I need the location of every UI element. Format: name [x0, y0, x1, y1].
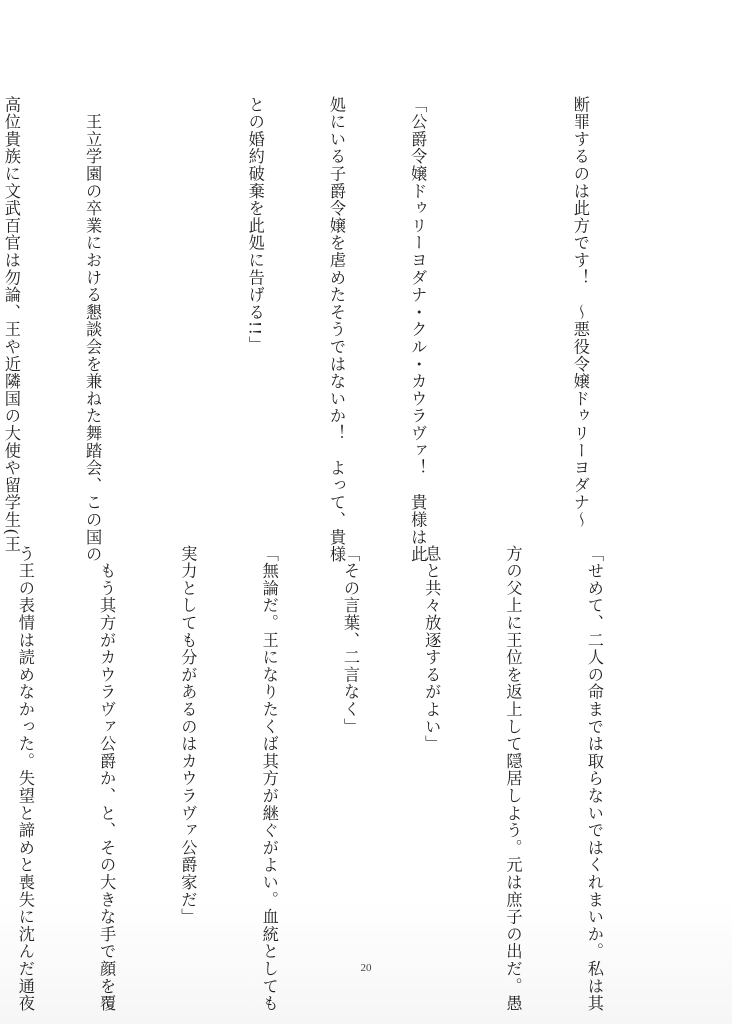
blank-line — [485, 96, 512, 516]
top-text-block: 断罪するのは此方です！ ～悪役令嬢ドゥリーヨダナ～ 「公爵令嬢ドゥリーヨダナ・ク… — [128, 96, 648, 516]
text-column: 実力としても分があるのはカウラヴァ公爵家だ」 — [174, 545, 201, 965]
book-page: 断罪するのは此方です！ ～悪役令嬢ドゥリーヨダナ～ 「公爵令嬢ドゥリーヨダナ・ク… — [0, 0, 732, 1024]
text-column: 高位貴族に文武百官は勿論、王や近隣国の大使や留学生(王 — [0, 96, 25, 516]
text-column: 処にいる子爵令嬢を虐めたそうではないか！ よって、貴様 — [323, 96, 350, 516]
page-number: 20 — [0, 962, 732, 974]
text-column: 王立学園の卒業における懇談会を兼ねた舞踏会、この国の — [79, 96, 106, 516]
text-column: う王の表情は読めなかった。失望と諦めと喪失に沈んだ通夜 — [12, 545, 39, 965]
text-column: 「せめて、二人の命までは取らないではくれまいか。私は其 — [581, 545, 608, 965]
text-column: との婚約破棄を此処に告げる!!」 — [242, 96, 269, 516]
text-column: もう其方がカウラヴァ公爵か、と、その大きな手で顔を覆 — [93, 545, 120, 965]
text-column: 「無論だ。王になりたくば其方が継ぐがよい。血統としても — [256, 545, 283, 965]
text-column: 方の父上に王位を返上して隠居しよう。元は庶子の出だ。愚 — [499, 545, 526, 965]
text-column: 息と共々放逐するがよい」 — [418, 545, 445, 965]
text-column: 「公爵令嬢ドゥリーヨダナ・クル・カウラヴァ！ 貴様は此 — [404, 96, 431, 516]
text-column: 「その言葉、二言なく」 — [337, 545, 364, 965]
blank-line — [160, 96, 187, 516]
bottom-text-block: 「せめて、二人の命までは取らないではくれまいか。私は其 方の父上に王位を返上して… — [142, 545, 662, 965]
chapter-heading: 断罪するのは此方です！ ～悪役令嬢ドゥリーヨダナ～ — [567, 96, 594, 516]
